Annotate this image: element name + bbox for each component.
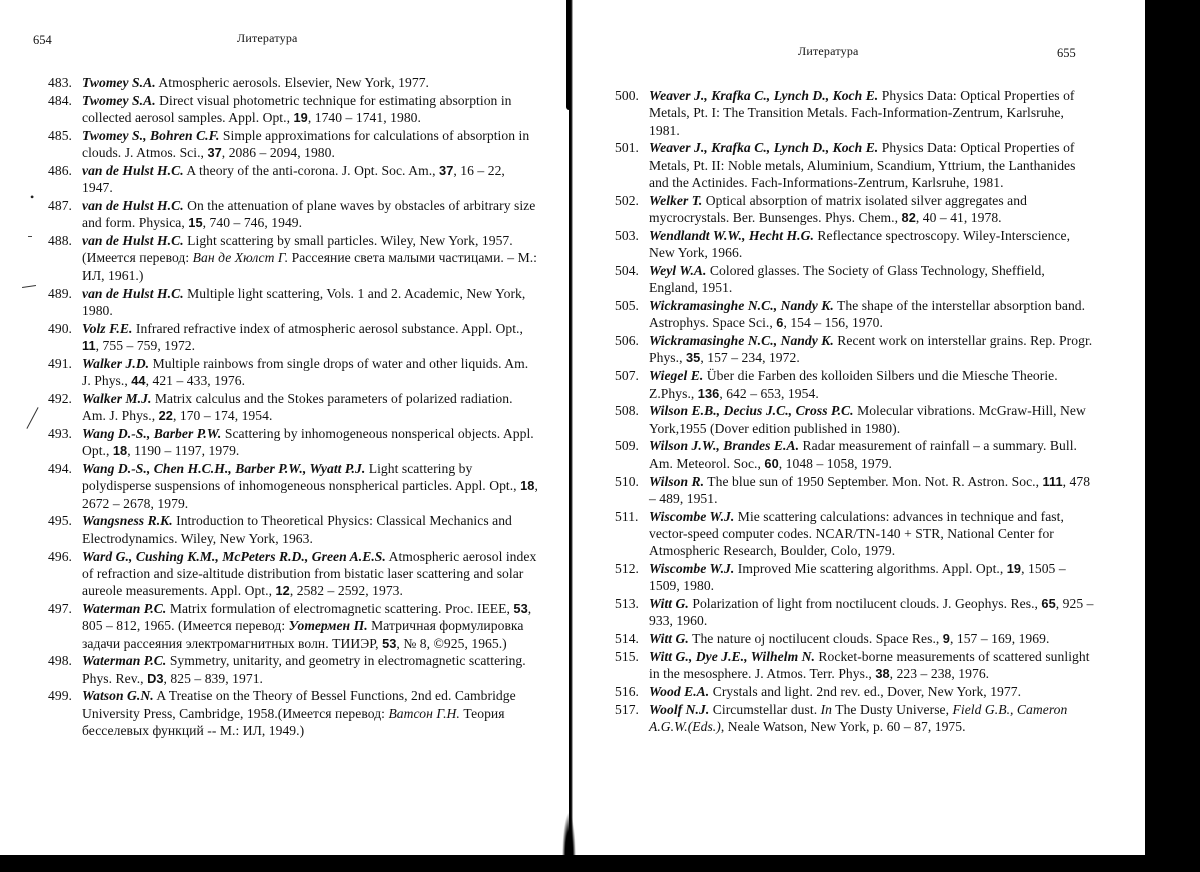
bib-entry-503: 503.Wendlandt W.W., Hecht H.G. Reflectan… — [615, 227, 1097, 262]
bib-entry-487: 487.van de Hulst H.C. On the attenuation… — [48, 197, 538, 232]
bib-entry-511: 511.Wiscombe W.J. Mie scattering calcula… — [615, 508, 1097, 560]
margin-slash-mark — [26, 407, 38, 429]
bib-entry-512: 512.Wiscombe W.J. Improved Mie scatterin… — [615, 560, 1097, 595]
book-spine-foot — [562, 812, 576, 857]
bib-entry-498: 498.Waterman P.C. Symmetry, unitarity, a… — [48, 652, 538, 687]
bib-entry-507: 507.Wiegel E. Über die Farben des kolloi… — [615, 367, 1097, 402]
bib-entry-490: 490.Volz F.E. Infrared refractive index … — [48, 320, 538, 355]
bib-entry-496: 496.Ward G., Cushing K.M., McPeters R.D.… — [48, 548, 538, 600]
bib-entry-515: 515.Witt G., Dye J.E., Wilhelm N. Rocket… — [615, 648, 1097, 683]
bib-entry-497: 497.Waterman P.C. Matrix formulation of … — [48, 600, 538, 652]
bib-entry-492: 492.Walker M.J. Matrix calculus and the … — [48, 390, 538, 425]
margin-dash-mark — [28, 236, 32, 237]
bib-entry-513: 513.Witt G. Polarization of light from n… — [615, 595, 1097, 630]
bib-entry-504: 504.Weyl W.A. Colored glasses. The Socie… — [615, 262, 1097, 297]
bib-entry-500: 500.Weaver J., Krafka C., Lynch D., Koch… — [615, 87, 1097, 139]
bib-entry-508: 508.Wilson E.B., Decius J.C., Cross P.C.… — [615, 402, 1097, 437]
scan-border-right — [1145, 0, 1200, 872]
scan-border-bottom — [0, 855, 1200, 872]
bib-entry-495: 495.Wangsness R.K. Introduction to Theor… — [48, 512, 538, 547]
page-number-left: 654 — [33, 33, 52, 48]
bib-entry-517: 517.Woolf N.J. Circumstellar dust. In Th… — [615, 701, 1097, 736]
bib-entry-505: 505.Wickramasinghe N.C., Nandy K. The sh… — [615, 297, 1097, 332]
bib-entry-485: 485.Twomey S., Bohren C.F. Simple approx… — [48, 127, 538, 162]
bib-entry-484: 484.Twomey S.A. Direct visual photometri… — [48, 92, 538, 127]
running-head-right: Литература — [798, 44, 859, 59]
book-spine — [569, 0, 573, 856]
bib-entry-491: 491.Walker J.D. Multiple rainbows from s… — [48, 355, 538, 390]
bibliography-list-left: 483.Twomey S.A. Atmospheric aerosols. El… — [48, 74, 538, 740]
bib-entry-501: 501.Weaver J., Krafka C., Lynch D., Koch… — [615, 139, 1097, 191]
margin-dot-mark: • — [30, 190, 34, 205]
bib-entry-486: 486.van de Hulst H.C. A theory of the an… — [48, 162, 538, 197]
page-number-right: 655 — [1057, 46, 1076, 61]
bib-entry-516: 516.Wood E.A. Crystals and light. 2nd re… — [615, 683, 1097, 700]
margin-dash-mark — [22, 285, 36, 288]
bib-entry-506: 506.Wickramasinghe N.C., Nandy K. Recent… — [615, 332, 1097, 367]
bib-entry-494: 494.Wang D.-S., Chen H.C.H., Barber P.W.… — [48, 460, 538, 512]
bib-entry-493: 493.Wang D.-S., Barber P.W. Scattering b… — [48, 425, 538, 460]
bib-entry-502: 502.Welker T. Optical absorption of matr… — [615, 192, 1097, 227]
bib-entry-510: 510.Wilson R. The blue sun of 1950 Septe… — [615, 473, 1097, 508]
bibliography-list-right: 500.Weaver J., Krafka C., Lynch D., Koch… — [615, 87, 1097, 736]
bib-entry-509: 509.Wilson J.W., Brandes E.A. Radar meas… — [615, 437, 1097, 472]
bib-entry-514: 514.Witt G. The nature oj noctilucent cl… — [615, 630, 1097, 647]
left-page: 654 Литература 483.Twomey S.A. Atmospher… — [0, 0, 569, 856]
bib-entry-483: 483.Twomey S.A. Atmospheric aerosols. El… — [48, 74, 538, 91]
bib-entry-489: 489.van de Hulst H.C. Multiple light sca… — [48, 285, 538, 320]
bib-entry-488: 488.van de Hulst H.C. Light scattering b… — [48, 232, 538, 284]
running-head-left: Литература — [237, 31, 298, 46]
bib-entry-499: 499.Watson G.N. A Treatise on the Theory… — [48, 687, 538, 739]
